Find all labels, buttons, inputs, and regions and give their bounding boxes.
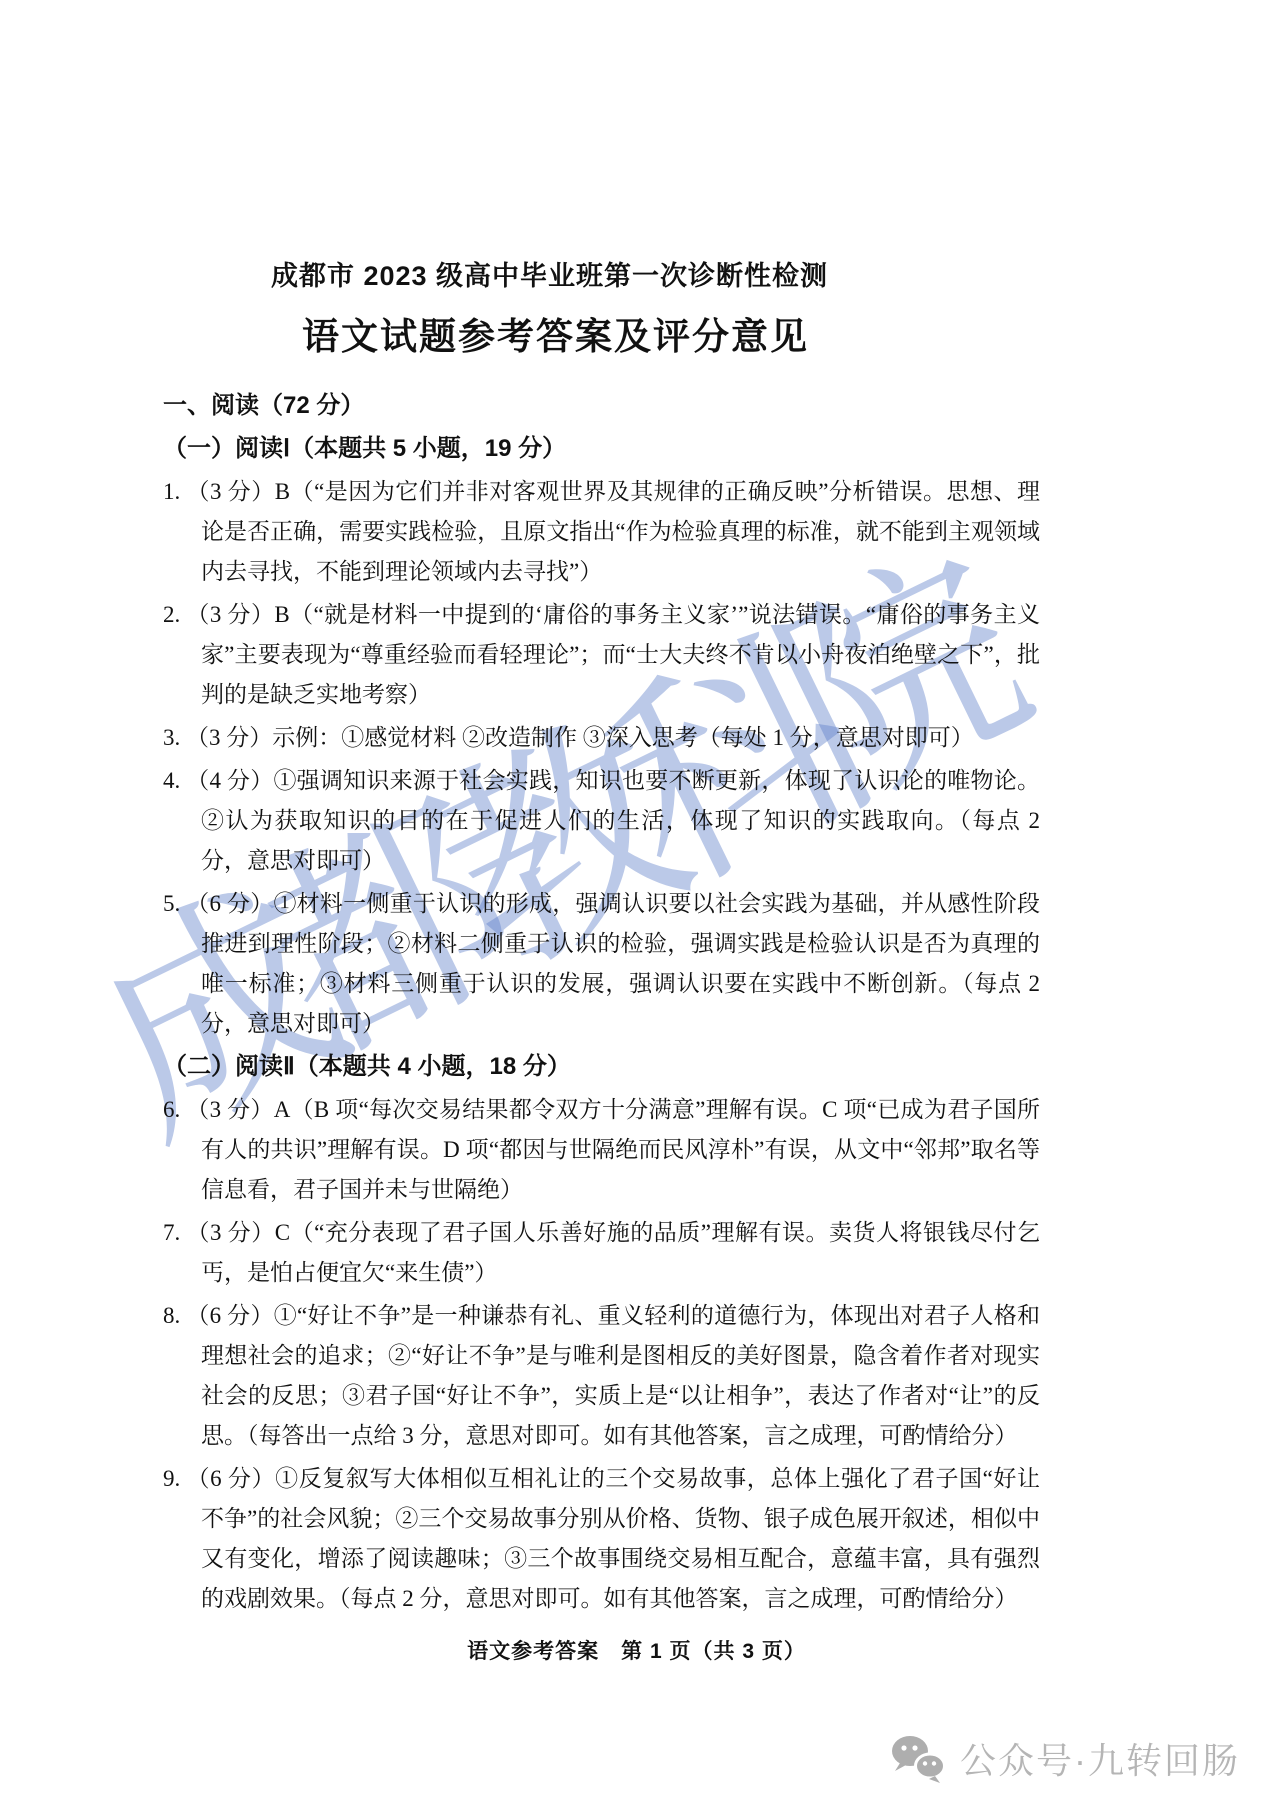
item-number: 5. — [163, 891, 180, 916]
item-number: 4. — [163, 768, 180, 793]
section-heading: （二）阅读Ⅱ（本题共 4 小题，18 分） — [163, 1047, 1040, 1087]
item-text: （3 分）B（“就是材料一中提到的‘庸俗的事务主义家’”说法错误。“庸俗的事务主… — [186, 602, 1040, 707]
document-title-line2: 语文试题参考答案及评分意见 — [117, 312, 994, 362]
item-number: 7. — [163, 1220, 180, 1245]
wechat-icon — [890, 1734, 948, 1784]
answer-blocks: 一、阅读（72 分）（一）阅读Ⅰ（本题共 5 小题，19 分）1. （3 分）B… — [163, 386, 1040, 1619]
answer-item: 8. （6 分）①“好让不争”是一种谦恭有礼、重义轻利的道德行为，体现出对君子人… — [163, 1296, 1040, 1456]
wechat-branding: 公众号·九转回肠 — [890, 1733, 1240, 1784]
answer-item: 5. （6 分）①材料一侧重于认识的形成，强调认识要以社会实践为基础，并从感性阶… — [163, 884, 1040, 1044]
answer-item: 2. （3 分）B（“就是材料一中提到的‘庸俗的事务主义家’”说法错误。“庸俗的… — [163, 595, 1040, 715]
document-content: 成都市 2023 级高中毕业班第一次诊断性检测 语文试题参考答案及评分意见 一、… — [163, 256, 1040, 1665]
item-number: 9. — [163, 1466, 180, 1491]
answer-item: 9. （6 分）①反复叙写大体相似互相礼让的三个交易故事，总体上强化了君子国“好… — [163, 1459, 1040, 1619]
section-heading: （一）阅读Ⅰ（本题共 5 小题，19 分） — [163, 429, 1040, 469]
wechat-account-label: 公众号·九转回肠 — [960, 1733, 1240, 1784]
answer-item: 1. （3 分）B（“是因为它们并非对客观世界及其规律的正确反映”分析错误。思想… — [163, 472, 1040, 592]
item-text: （3 分）示例：①感觉材料 ②改造制作 ③深入思考（每处 1 分，意思对即可） — [186, 725, 974, 750]
item-number: 3. — [163, 725, 180, 750]
answer-item: 7. （3 分）C（“充分表现了君子国人乐善好施的品质”理解有误。卖货人将银钱尽… — [163, 1213, 1040, 1293]
document-title-line1: 成都市 2023 级高中毕业班第一次诊断性检测 — [111, 256, 988, 296]
item-number: 6. — [163, 1097, 180, 1122]
item-text: （3 分）C（“充分表现了君子国人乐善好施的品质”理解有误。卖货人将银钱尽付乞丐… — [187, 1220, 1041, 1285]
exam-answer-page: 成都教科院 成都市 2023 级高中毕业班第一次诊断性检测 语文试题参考答案及评… — [0, 0, 1280, 1810]
item-number: 8. — [163, 1303, 180, 1328]
answer-item: 4. （4 分）①强调知识来源于社会实践，知识也要不断更新，体现了认识论的唯物论… — [163, 761, 1040, 881]
page-footer: 语文参考答案 第 1 页（共 3 页） — [198, 1635, 1075, 1665]
section-heading: 一、阅读（72 分） — [163, 386, 1040, 426]
answer-item: 3. （3 分）示例：①感觉材料 ②改造制作 ③深入思考（每处 1 分，意思对即… — [163, 718, 1040, 758]
item-text: （6 分）①材料一侧重于认识的形成，强调认识要以社会实践为基础，并从感性阶段推进… — [186, 891, 1040, 1036]
item-text: （4 分）①强调知识来源于社会实践，知识也要不断更新，体现了认识论的唯物论。②认… — [186, 768, 1040, 873]
item-number: 2. — [163, 602, 180, 627]
item-number: 1. — [163, 479, 180, 504]
item-text: （3 分）A（B 项“每次交易结果都令双方十分满意”理解有误。C 项“已成为君子… — [186, 1097, 1040, 1202]
answer-item: 6. （3 分）A（B 项“每次交易结果都令双方十分满意”理解有误。C 项“已成… — [163, 1090, 1040, 1210]
item-text: （6 分）①“好让不争”是一种谦恭有礼、重义轻利的道德行为，体现出对君子人格和理… — [186, 1303, 1040, 1448]
item-text: （3 分）B（“是因为它们并非对客观世界及其规律的正确反映”分析错误。思想、理论… — [187, 479, 1041, 584]
item-text: （6 分）①反复叙写大体相似互相礼让的三个交易故事，总体上强化了君子国“好让不争… — [187, 1466, 1040, 1611]
